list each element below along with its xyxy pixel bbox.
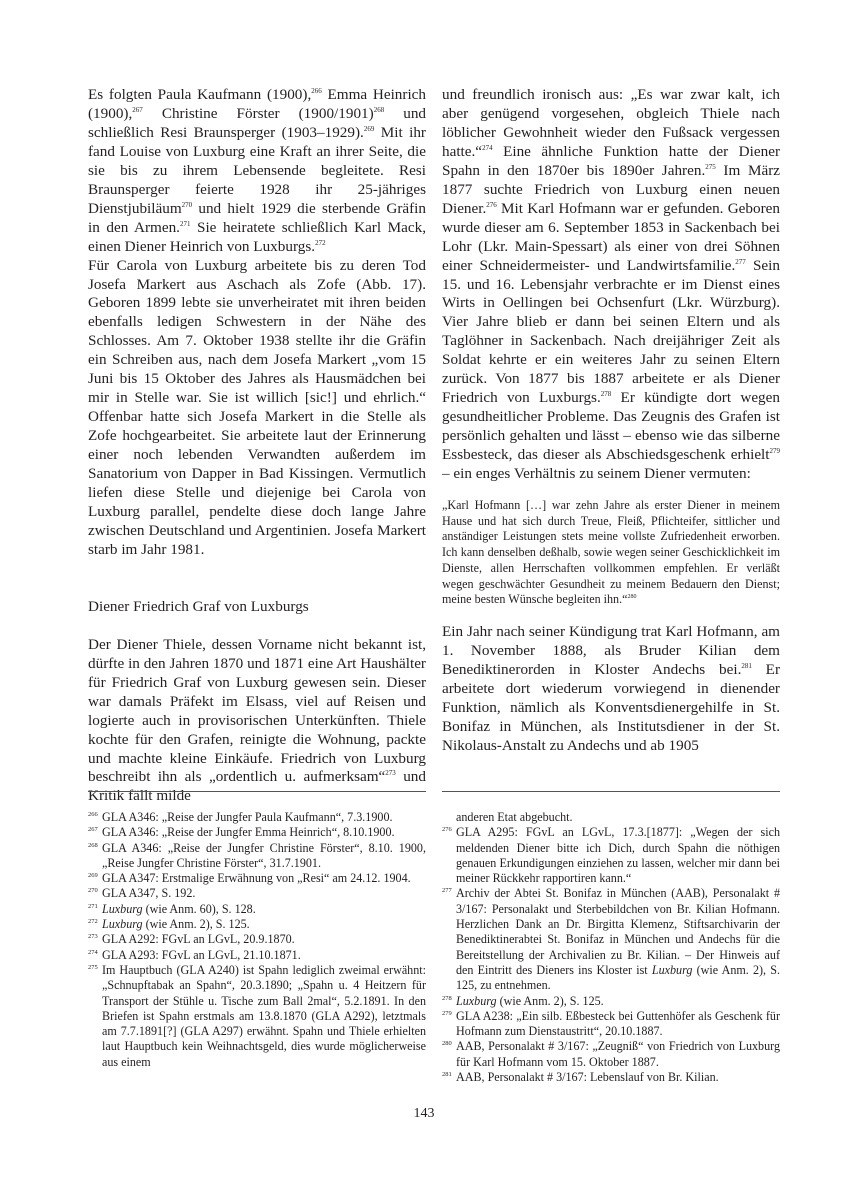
footnote-ref-267[interactable]: 267: [132, 106, 143, 114]
footnote-rule-left: [88, 791, 426, 792]
footnote-272: 272Luxburg (wie Anm. 2), S. 125.: [88, 917, 426, 932]
footnote-268: 268GLA A346: „Reise der Jungfer Christin…: [88, 841, 426, 872]
footnote-ref-266[interactable]: 266: [311, 87, 322, 95]
section-heading: Diener Friedrich Graf von Luxburgs: [88, 598, 426, 617]
footnote-274: 274GLA A293: FGvL an LGvL, 21.10.1871.: [88, 948, 426, 963]
left-column-body: Es folgten Paula Kaufmann (1900),266 Emm…: [88, 86, 426, 806]
footnote-ref-272[interactable]: 272: [315, 239, 326, 247]
footnote-ref-273[interactable]: 273: [385, 769, 396, 777]
footnotes-right: anderen Etat abgebucht. 276GLA A295: FGv…: [442, 810, 780, 1085]
footnote-267: 267GLA A346: „Reise der Jungfer Emma Hei…: [88, 825, 426, 840]
footnote-ref-278[interactable]: 278: [601, 390, 612, 398]
footnotes-left: 266GLA A346: „Reise der Jungfer Paula Ka…: [88, 810, 426, 1070]
footnote-275-continuation: anderen Etat abgebucht.: [442, 810, 780, 825]
paragraph-hofmann: und freundlich ironisch aus: „Es war zwa…: [442, 86, 780, 484]
footnote-277: 277Archiv der Abtei St. Bonifaz in Münch…: [442, 886, 780, 993]
footnote-275: 275Im Hauptbuch (GLA A240) ist Spahn led…: [88, 963, 426, 1070]
footnote-ref-280[interactable]: 280: [628, 594, 637, 600]
footnote-rule-right: [442, 791, 780, 792]
footnote-ref-268[interactable]: 268: [374, 106, 385, 114]
footnote-ref-274[interactable]: 274: [482, 144, 493, 152]
footnote-266: 266GLA A346: „Reise der Jungfer Paula Ka…: [88, 810, 426, 825]
footnote-ref-270[interactable]: 270: [182, 201, 193, 209]
block-quote-zeugnis: „Karl Hofmann […] war zehn Jahre als ers…: [442, 498, 780, 608]
footnote-ref-281[interactable]: 281: [741, 662, 752, 670]
footnote-ref-275[interactable]: 275: [705, 163, 716, 171]
footnote-ref-269[interactable]: 269: [364, 125, 375, 133]
page-number: 143: [0, 1106, 848, 1122]
footnote-ref-271[interactable]: 271: [180, 220, 191, 228]
footnote-ref-277[interactable]: 277: [735, 258, 746, 266]
paragraph-josefa-markert: Für Carola von Luxburg arbeitete bis zu …: [88, 257, 426, 560]
footnote-278: 278Luxburg (wie Anm. 2), S. 125.: [442, 994, 780, 1009]
footnote-ref-279[interactable]: 279: [770, 447, 781, 455]
footnote-270: 270GLA A347, S. 192.: [88, 886, 426, 901]
paragraph-thiele: Der Diener Thiele, dessen Vorname nicht …: [88, 636, 426, 807]
footnote-271: 271Luxburg (wie Anm. 60), S. 128.: [88, 902, 426, 917]
paragraph-maids: Es folgten Paula Kaufmann (1900),266 Emm…: [88, 86, 426, 257]
footnote-279: 279GLA A238: „Ein silb. Eßbesteck bei Gu…: [442, 1009, 780, 1040]
footnote-281: 281AAB, Personalakt # 3/167: Lebenslauf …: [442, 1070, 780, 1085]
footnote-ref-276[interactable]: 276: [486, 201, 497, 209]
footnote-276: 276GLA A295: FGvL an LGvL, 17.3.[1877]: …: [442, 825, 780, 886]
footnote-269: 269GLA A347: Erstmalige Erwähnung von „R…: [88, 871, 426, 886]
paragraph-kilian: Ein Jahr nach seiner Kündigung trat Karl…: [442, 623, 780, 756]
right-column-body: und freundlich ironisch aus: „Es war zwa…: [442, 86, 780, 756]
footnote-273: 273GLA A292: FGvL an LGvL, 20.9.1870.: [88, 932, 426, 947]
footnote-280: 280AAB, Personalakt # 3/167: „Zeugniß“ v…: [442, 1039, 780, 1070]
